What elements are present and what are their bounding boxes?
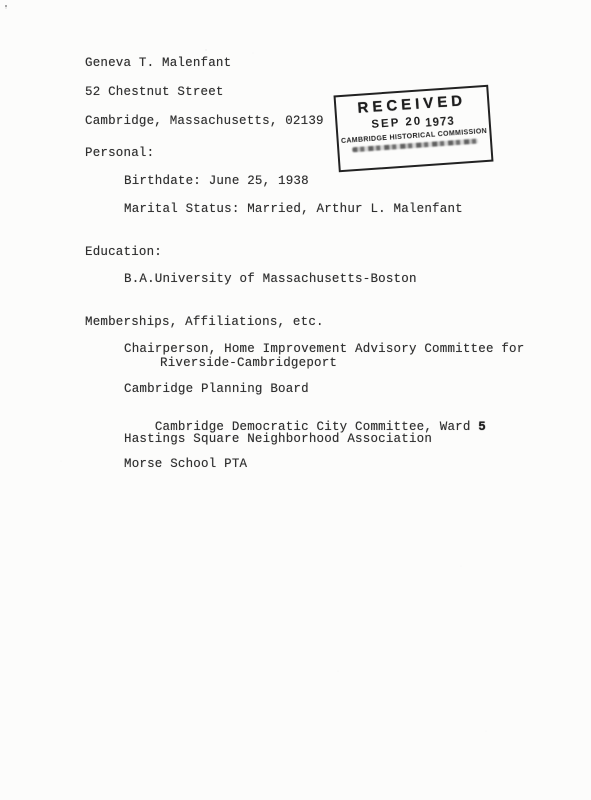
membership-planning-board: Cambridge Planning Board [124,383,309,396]
person-name: Geneva T. Malenfant [85,57,231,70]
memberships-heading: Memberships, Affiliations, etc. [85,316,324,329]
personal-marital-status: Marital Status: Married, Arthur L. Malen… [124,203,463,216]
stamp-date-line: SEP 20 1973 [371,113,455,131]
stamp-year: 1973 [425,116,455,130]
scan-noise-speckles [5,5,7,7]
address-city: Cambridge, Massachusetts, 02139 [85,115,324,128]
education-heading: Education: [85,246,162,259]
personal-birthdate: Birthdate: June 25, 1938 [124,175,309,188]
scanned-document-page: Geneva T. Malenfant 52 Chestnut Street C… [0,0,591,800]
stamp-date: SEP 20 [371,115,423,131]
address-street: 52 Chestnut Street [85,86,224,99]
membership-ward-number: 5 [478,420,486,434]
personal-heading: Personal: [85,147,154,160]
received-stamp: RECEIVED SEP 20 1973 CAMBRIDGE HISTORICA… [334,85,494,173]
membership-hastings: Hastings Square Neighborhood Association [124,433,432,446]
education-degree: B.A.University of Massachusetts-Boston [124,273,417,286]
membership-chairperson-line1: Chairperson, Home Improvement Advisory C… [124,343,524,356]
membership-chairperson-line2: Riverside-Cambridgeport [160,357,337,370]
membership-morse-pta: Morse School PTA [124,458,247,471]
